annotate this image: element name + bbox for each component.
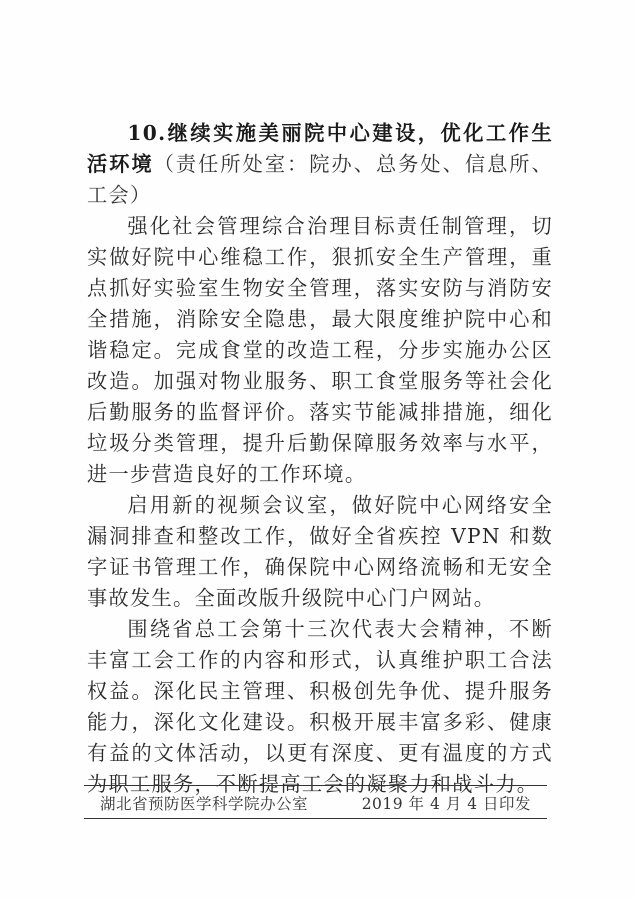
paragraph-union: 围绕省总工会第十三次代表大会精神，不断丰富工会工作的内容和形式，认真维护职工合法…: [87, 614, 553, 800]
issuer-name: 湖北省预防医学科学院办公室: [100, 792, 308, 814]
document-body: 10.继续实施美丽院中心建设，优化工作生活环境（责任所处室：院办、总务处、信息所…: [87, 118, 553, 800]
issue-date: 2019 年 4 月 4 日印发: [362, 792, 531, 814]
section-heading-responsible: （责任所处室：院办、总务处、信息所、工会）: [87, 152, 553, 207]
document-page: 10.继续实施美丽院中心建设，优化工作生活环境（责任所处室：院办、总务处、信息所…: [0, 0, 636, 900]
paragraph-safety-logistics: 强化社会管理综合治理目标责任制管理，切实做好院中心维稳工作，狠抓安全生产管理，重…: [87, 211, 553, 490]
section-heading: 10.继续实施美丽院中心建设，优化工作生活环境（责任所处室：院办、总务处、信息所…: [87, 118, 553, 211]
paragraph-network: 启用新的视频会议室，做好院中心网络安全漏洞排查和整改工作，做好全省疾控 VPN …: [87, 490, 553, 614]
issuance-footer: 湖北省预防医学科学院办公室 2019 年 4 月 4 日印发: [84, 785, 547, 819]
